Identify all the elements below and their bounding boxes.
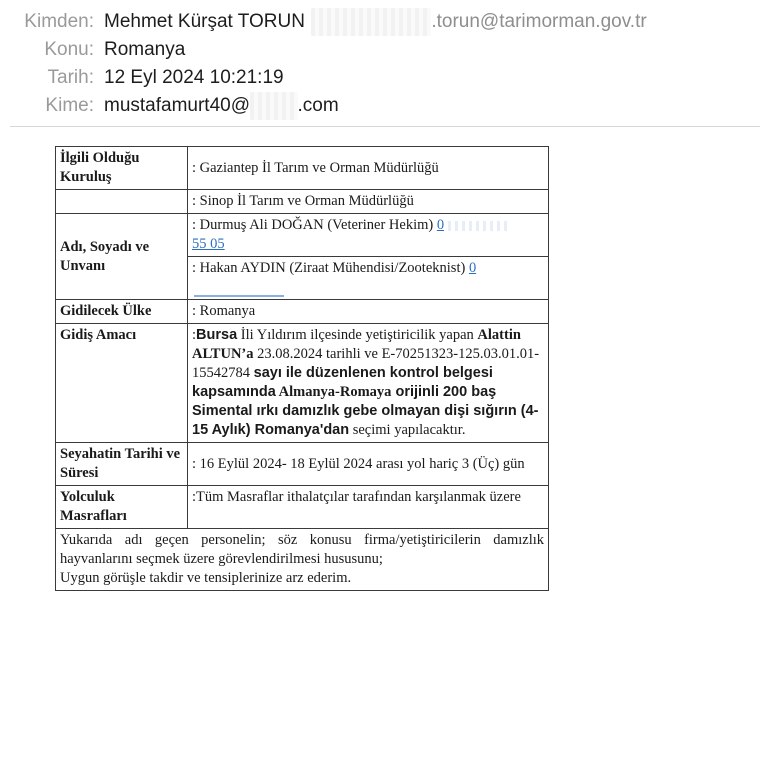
closing-text: Yukarıda adı geçen personelin; söz konus… [56, 529, 549, 591]
person-2-phone-link[interactable]: 0 [469, 260, 476, 276]
subject-label: Konu: [0, 36, 104, 64]
institution-label: İlgili Olduğu Kuruluş [56, 147, 188, 190]
expenses-label: Yolculuk Masrafları [56, 486, 188, 529]
from-name[interactable]: Mehmet Kürşat TORUN [104, 8, 305, 36]
expenses-value: :Tüm Masraflar ithalatçılar tarafından k… [188, 486, 549, 529]
empty-label [56, 190, 188, 214]
from-row: Kimden: Mehmet Kürşat TORUN mehmetkursat… [0, 8, 760, 36]
purpose-value: :Bursa İli Yıldırım ilçesinde yetiştiric… [188, 324, 549, 443]
closing-paragraph-1: Yukarıda adı geçen personelin; söz konus… [60, 531, 544, 569]
table-row: Gidiş Amacı :Bursa İli Yıldırım ilçesind… [56, 324, 549, 443]
from-email-visible: .torun@tarimorman.gov.tr [431, 11, 646, 32]
table-row: : Sinop İl Tarım ve Orman Müdürlüğü [56, 190, 549, 214]
travel-value: : 16 Eylül 2024- 18 Eylül 2024 arası yol… [188, 443, 549, 486]
table-row: İlgili Olduğu Kuruluş : Gaziantep İl Tar… [56, 147, 549, 190]
person-2-name: : Hakan AYDIN (Ziraat Mühendisi/Zootekni… [192, 260, 469, 276]
from-label: Kimden: [0, 8, 104, 36]
purpose-text: Bursa [196, 327, 237, 343]
redacted-text: xxxxx [250, 92, 298, 120]
purpose-text: Almanya-Romaya [276, 384, 392, 400]
date-value: 12 Eyl 2024 10:21:19 [104, 64, 284, 92]
header-divider [10, 126, 760, 127]
purpose-label: Gidiş Amacı [56, 324, 188, 443]
country-value: : Romanya [188, 300, 549, 324]
person-1-phone-end[interactable]: 55 05 [192, 236, 225, 252]
redacted-phone [194, 295, 284, 297]
table-row: Yolculuk Masrafları :Tüm Masraflar ithal… [56, 486, 549, 529]
person-2: : Hakan AYDIN (Ziraat Mühendisi/Zootekni… [188, 257, 549, 300]
to-suffix: .com [298, 95, 339, 116]
names-label: Adı, Soyadı ve Unvanı [56, 214, 188, 300]
subject-row: Konu: Romanya [0, 36, 760, 64]
table-row: Gidilecek Ülke : Romanya [56, 300, 549, 324]
to-row: Kime: mustafamurt40@xxxxx.com [0, 92, 760, 120]
email-header: Kimden: Mehmet Kürşat TORUN mehmetkursat… [0, 8, 760, 120]
table-row: Seyahatin Tarihi ve Süresi : 16 Eylül 20… [56, 443, 549, 486]
to-prefix: mustafamurt40@ [104, 95, 250, 116]
redacted-text: mehmetkursat [311, 8, 431, 36]
from-email[interactable]: mehmetkursat.torun@tarimorman.gov.tr [311, 8, 647, 36]
date-label: Tarih: [0, 64, 104, 92]
purpose-text: İli Yıldırım ilçesinde yetiştiricilik ya… [237, 327, 477, 343]
to-value[interactable]: mustafamurt40@xxxxx.com [104, 92, 339, 120]
date-row: Tarih: 12 Eyl 2024 10:21:19 [0, 64, 760, 92]
table-row: Adı, Soyadı ve Unvanı : Durmuş Ali DOĞAN… [56, 214, 549, 257]
country-label: Gidilecek Ülke [56, 300, 188, 324]
document-table: İlgili Olduğu Kuruluş : Gaziantep İl Tar… [55, 146, 549, 591]
person-1: : Durmuş Ali DOĞAN (Veteriner Hekim) 0 5… [188, 214, 549, 257]
institution-1: : Gaziantep İl Tarım ve Orman Müdürlüğü [188, 147, 549, 190]
table-row: Yukarıda adı geçen personelin; söz konus… [56, 529, 549, 591]
person-1-name: : Durmuş Ali DOĞAN (Veteriner Hekim) [192, 217, 437, 233]
travel-label: Seyahatin Tarihi ve Süresi [56, 443, 188, 486]
redacted-phone [448, 221, 508, 231]
institution-2: : Sinop İl Tarım ve Orman Müdürlüğü [188, 190, 549, 214]
subject-value: Romanya [104, 36, 185, 64]
person-1-phone-link[interactable]: 0 [437, 217, 444, 233]
to-label: Kime: [0, 92, 104, 120]
purpose-text: seçimi yapılacaktır. [349, 422, 465, 438]
closing-paragraph-2: Uygun görüşle takdir ve tensiplerinize a… [60, 569, 544, 588]
